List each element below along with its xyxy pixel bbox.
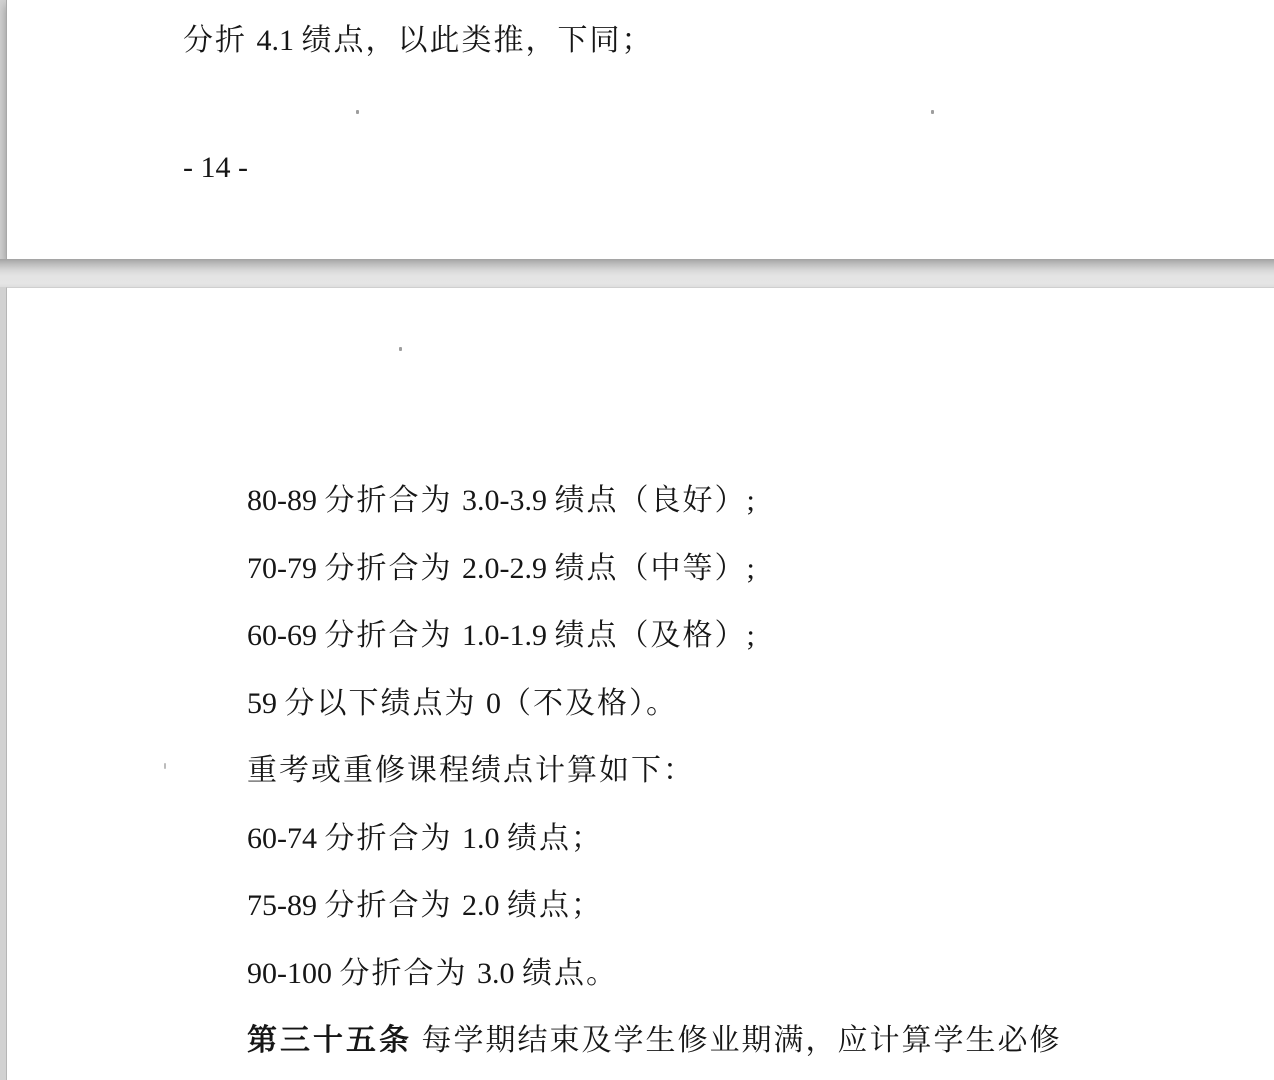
page-number: - 14 - xyxy=(183,151,248,184)
text-segment: 75-89 xyxy=(247,889,325,922)
text-line: 60-74 分折合为 1.0 绩点； xyxy=(247,822,603,855)
scan-speck xyxy=(356,110,359,114)
text-segment: 4.1 xyxy=(257,24,302,57)
text-segment: 绩点（及格）; xyxy=(555,619,757,652)
document-viewer: 分折 4.1 绩点，以此类推，下同； - 14 - 80-89 分折合为 3.0… xyxy=(0,0,1274,1080)
text-segment: 分以下绩点为 xyxy=(285,687,487,720)
text-line: 80-89 分折合为 3.0-3.9 绩点（良好）; xyxy=(247,484,757,517)
text-segment: 分折合为 xyxy=(325,889,463,922)
text-segment: 绩点（良好）; xyxy=(555,484,757,517)
text-line: 重考或重修课程绩点计算如下： xyxy=(247,754,695,787)
text-segment: 80-89 xyxy=(247,484,325,517)
text-line: 分折 4.1 绩点，以此类推，下同； xyxy=(183,24,654,57)
text-segment: （不及格）。 xyxy=(501,687,678,720)
text-segment: 绩点； xyxy=(507,889,603,922)
text-segment: 分折合为 xyxy=(325,822,463,855)
text-segment: 分折合为 xyxy=(325,552,463,585)
text-line: 90-100 分折合为 3.0 绩点。 xyxy=(247,957,618,990)
text-line: 59 分以下绩点为 0（不及格）。 xyxy=(247,687,678,720)
scan-speck xyxy=(399,347,402,351)
text-segment: 每学期结束及学生修业期满，应计算学生必修 xyxy=(412,1024,1062,1057)
text-segment: 90-100 xyxy=(247,957,340,990)
text-segment: 分折合为 xyxy=(325,619,463,652)
text-segment: 重考或重修课程绩点计算如下： xyxy=(247,754,695,787)
text-segment: 70-79 xyxy=(247,552,325,585)
text-line: 70-79 分折合为 2.0-2.9 绩点（中等）; xyxy=(247,552,757,585)
text-segment: 绩点； xyxy=(507,822,603,855)
text-segment: 绩点。 xyxy=(522,957,618,990)
text-line: 第三十五条 每学期结束及学生修业期满，应计算学生必修 xyxy=(247,1024,1062,1057)
text-segment: 2.0-2.9 xyxy=(462,552,555,585)
text-segment: 3.0 xyxy=(477,957,522,990)
text-segment: 0 xyxy=(486,687,501,720)
text-segment: 第三十五条 xyxy=(247,1024,412,1057)
page-2: 80-89 分折合为 3.0-3.9 绩点（良好）;70-79 分折合为 2.0… xyxy=(6,287,1274,1080)
text-line: 60-69 分折合为 1.0-1.9 绩点（及格）; xyxy=(247,619,757,652)
text-segment: 2.0 xyxy=(462,889,507,922)
text-segment: 绩点，以此类推，下同； xyxy=(302,24,654,57)
text-segment: 3.0-3.9 xyxy=(462,484,555,517)
text-segment: 60-74 xyxy=(247,822,325,855)
text-segment: 分折合为 xyxy=(340,957,478,990)
page-1: 分折 4.1 绩点，以此类推，下同； - 14 - xyxy=(6,0,1274,259)
text-segment: 59 xyxy=(247,687,285,720)
scan-speck xyxy=(931,110,934,114)
text-line: 75-89 分折合为 2.0 绩点； xyxy=(247,889,603,922)
text-segment: 绩点（中等）; xyxy=(555,552,757,585)
text-segment: 分折合为 xyxy=(325,484,463,517)
text-segment: 分折 xyxy=(183,24,257,57)
page-separator xyxy=(0,259,1274,287)
text-segment: 60-69 xyxy=(247,619,325,652)
scan-speck xyxy=(164,763,166,769)
text-segment: 1.0-1.9 xyxy=(462,619,555,652)
text-segment: 1.0 xyxy=(462,822,507,855)
